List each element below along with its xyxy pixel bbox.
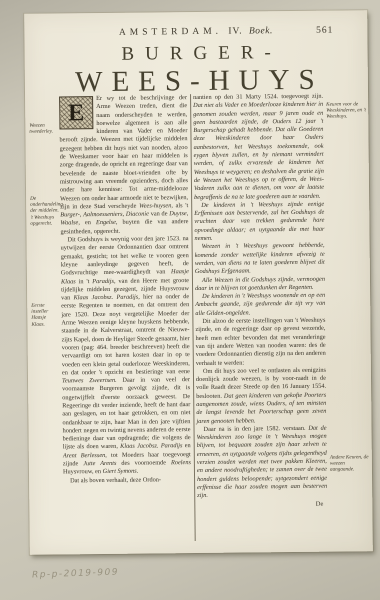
book-page: AMSTERDAM. IV. Boek. 561 BURGER- WEES-HU… [24,10,373,555]
text-run: van de [149,210,169,217]
running-head-place: AMSTERDAM. [119,27,222,38]
italic-text-run: Burger-, Aalmoesseniers, Diaconie [60,211,149,219]
text-run: Daar in van veel der voornaamste Burgere… [62,376,191,451]
italic-text-run: Paradijs, [92,277,115,284]
paragraph: De kinderen in 't Weeshuys woonende en o… [195,292,325,318]
italic-text-run: De kinderen in 't Weeshuys woonende en o… [195,292,325,317]
italic-text-run: Arent Berlessen, [63,452,107,459]
italic-text-run: Teunwes Zweertsen. [62,377,117,385]
margin-notes-right: Keuren voor de Weeskinderen, en 't Weesh… [325,10,371,551]
margin-note: Weezen tweederley. [29,122,58,135]
italic-text-run: Engelse, [96,219,118,226]
text-run: in 't [76,278,93,285]
italic-text-run: Weezen in 't Weeshuys gewoont hebbende, … [195,242,325,275]
italic-text-run: Wees-huysen, [139,202,173,209]
italic-text-run: Roelens [171,459,191,466]
text-run: des voornoemde [116,459,171,467]
italic-text-run: Dat de Weeskinderen zoo lange in 't Wees… [197,425,328,500]
paragraph: Weezen in 't Weeshuys gewoont hebbende, … [195,242,325,277]
catchword: De [197,500,327,510]
text-run: Dat als boven verhaalt, deze Ordon- [70,476,161,484]
margin-note: De onderhandeling der middelen. 't Weesh… [30,195,59,226]
italic-text-run: Giert Symons. [103,468,139,475]
text-run: en [182,443,190,450]
inventory-inscription: Rp-p-2019-909 [32,567,119,580]
text-run: hier na onder de eerste Regenten te noem… [61,293,190,376]
italic-text-run: Klaas Jacobsz. Paradijs [120,443,182,451]
paragraph: Dit Godshuys is weynig voor den jare 152… [61,235,192,477]
text-run: als 't [173,202,188,209]
paragraph: Dat als boven verhaalt, deze Ordon- [63,476,191,486]
italic-text-run: Alle Weezen in dit Godshuys zijnde, verm… [195,275,325,292]
text-run: nantien op den 31 Marty 1524. toegevoegt… [193,93,323,101]
paragraph: Alle Weezen in dit Godshuys zijnde, verm… [195,275,325,293]
margin-note: Andere Keuren, de weezen aangaande. [330,454,370,473]
paragraph: Dit alzoo de eerste instellingen van 't … [195,317,326,368]
woodcut-drop-cap: E [59,96,93,129]
text-run: Dit alzoo de eerste instellingen van 't … [195,317,325,367]
paragraph: nantien op den 31 Marty 1524. toegevoegt… [193,93,324,202]
text-run: Dit Godshuys is weynig voor den jare 152… [61,235,189,277]
paragraph: Daar na is in den jare 1582. verstaan. D… [197,425,328,501]
italic-text-run: De kinderen in 't Weeshuys zijnde eenige… [194,201,324,243]
paragraph: De kinderen in 't Weeshuys zijnde eenige… [194,201,324,244]
text-run: Huysvrouw, en [63,468,103,475]
text-block: EEr wy tot de beschrijvinge der Arme Wee… [59,93,329,548]
italic-text-run: Dat niet als Vader en Moederlooze kinder… [193,101,324,201]
running-head-book-word: Boek. [249,26,273,36]
margin-note: Keuren voor de Weeskinderen, en 't Weesh… [326,101,366,120]
margin-notes-left: Weezen tweederley.De onderhandeling der … [28,13,63,554]
text-run: Daar na is in den jare 1582. verstaan. [204,425,309,433]
margin-note: Eerste insteller Haasje Klaas. [31,302,60,327]
text-column-left: EEr wy tot de beschrijvinge der Arme Wee… [59,94,192,547]
paragraph: EEr wy tot de beschrijvinge der Arme Wee… [59,94,188,236]
text-run: en [80,220,96,227]
italic-text-run: Klaas Jacobsz. Paradijs, [74,294,140,302]
text-column-right: nantien op den 31 Marty 1524. toegevoegt… [193,93,328,546]
paragraph: Om dit huys zoo veel te ontlasten als ee… [196,366,327,425]
running-head-book-num: IV. [228,27,242,37]
scan-background: AMSTERDAM. IV. Boek. 561 BURGER- WEES-HU… [0,0,380,600]
italic-text-run: Jutte Arents [83,460,116,467]
